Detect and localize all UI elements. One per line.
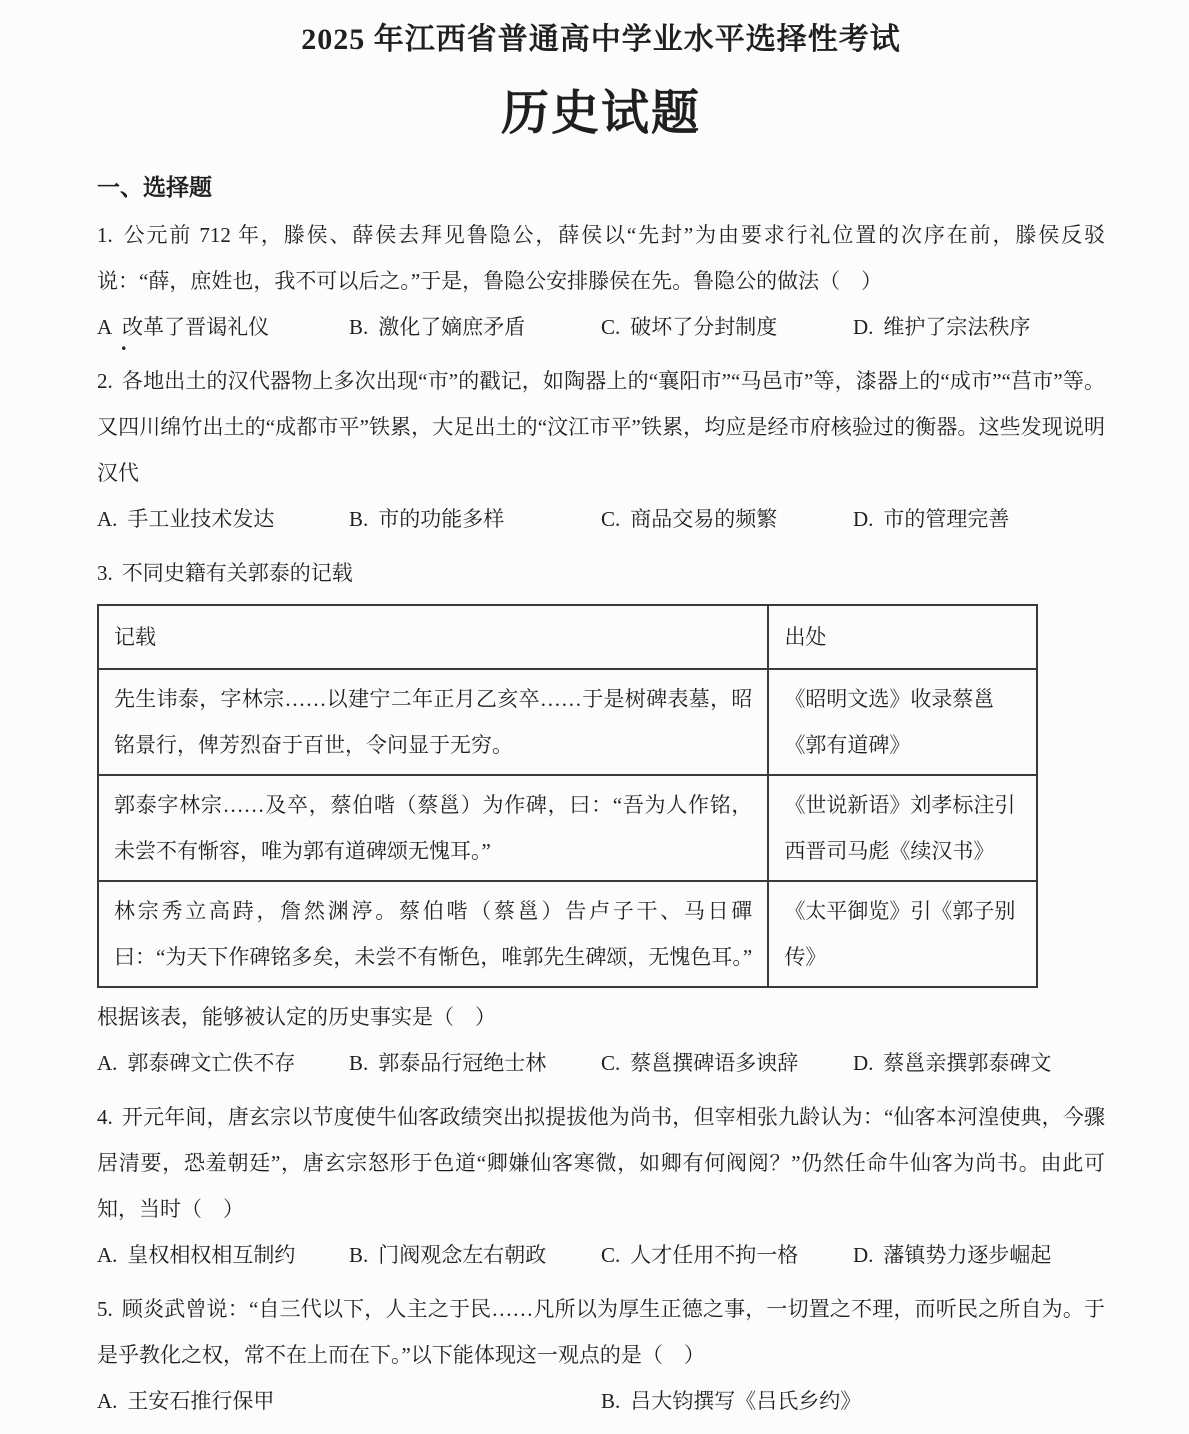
exam-page: 2025 年江西省普通高中学业水平选择性考试 历史试题 一、选择题 1.公元前 … — [0, 0, 1189, 1434]
option-label: C. — [601, 315, 620, 339]
option-text: 改革了晋谒礼仪 — [122, 315, 269, 339]
option-b: B.郭泰品行冠绝士林 — [349, 1040, 601, 1086]
option-text: 维护了宗法秩序 — [883, 315, 1030, 339]
question-text: 不同史籍有关郭泰的记载 — [122, 561, 353, 585]
option-text: 商品交易的频繁 — [630, 507, 777, 531]
option-label: D. — [853, 507, 873, 531]
option-text: 门阀观念左右朝政 — [378, 1243, 546, 1267]
option-text: 吕大钧撰写《吕氏乡约》 — [630, 1389, 861, 1413]
question-text: 各地出土的汉代器物上多次出现“市”的戳记，如陶器上的“襄阳市”“马邑市”等，漆器… — [97, 369, 1105, 485]
option-a: A.皇权相权相互制约 — [97, 1232, 349, 1278]
table-row: 郭泰字林宗……及卒，蔡伯喈（蔡邕）为作碑，曰：“吾为人作铭，未尝不有惭容，唯为郭… — [98, 775, 1037, 881]
option-label: A. — [97, 1389, 117, 1413]
option-c: C.破坏了分封制度 — [601, 304, 853, 350]
question-1-options: A改革了晋谒礼仪. B.激化了嫡庶矛盾 C.破坏了分封制度 D.维护了宗法秩序 — [97, 304, 1105, 350]
option-d: D.蔡邕亲撰郭泰碑文 — [853, 1040, 1105, 1086]
table-row: 先生讳泰，字林宗……以建宁二年正月乙亥卒……于是树碑表墓，昭铭景行，俾芳烈奋于百… — [98, 669, 1037, 775]
question-3-options: A.郭泰碑文亡佚不存 B.郭泰品行冠绝士林 C.蔡邕撰碑语多谀辞 D.蔡邕亲撰郭… — [97, 1040, 1105, 1086]
option-b: B.门阀观念左右朝政 — [349, 1232, 601, 1278]
option-label: B. — [601, 1389, 620, 1413]
record-cell: 郭泰字林宗……及卒，蔡伯喈（蔡邕）为作碑，曰：“吾为人作铭，未尝不有惭容，唯为郭… — [98, 775, 768, 881]
source-cell: 《太平御览》引《郭子别传》 — [768, 881, 1037, 987]
option-label: B. — [349, 507, 368, 531]
option-text: 人才任用不拘一格 — [630, 1243, 798, 1267]
question-5-options: A.王安石推行保甲 B.吕大钧撰写《吕氏乡约》 — [97, 1378, 1105, 1424]
option-a: A改革了晋谒礼仪. — [97, 304, 349, 350]
question-1-stem: 1.公元前 712 年，滕侯、薛侯去拜见鲁隐公，薛侯以“先封”为由要求行礼位置的… — [97, 212, 1105, 304]
question-number: 5. — [97, 1297, 113, 1321]
question-1: 1.公元前 712 年，滕侯、薛侯去拜见鲁隐公，薛侯以“先封”为由要求行礼位置的… — [97, 212, 1105, 350]
option-label: C. — [601, 507, 620, 531]
option-label: A. — [97, 1243, 117, 1267]
option-c: C.人才任用不拘一格 — [601, 1232, 853, 1278]
question-text: 开元年间，唐玄宗以节度使牛仙客政绩突出拟提拔他为尚书，但宰相张九龄认为：“仙客本… — [97, 1105, 1105, 1221]
option-text: 市的管理完善 — [883, 507, 1009, 531]
question-2: 2.各地出土的汉代器物上多次出现“市”的戳记，如陶器上的“襄阳市”“马邑市”等，… — [97, 358, 1105, 542]
records-table: 记载 出处 先生讳泰，字林宗……以建宁二年正月乙亥卒……于是树碑表墓，昭铭景行，… — [97, 604, 1038, 988]
option-a: A.王安石推行保甲 — [97, 1378, 601, 1424]
option-text: 藩镇势力逐步崛起 — [883, 1243, 1051, 1267]
question-4: 4.开元年间，唐玄宗以节度使牛仙客政绩突出拟提拔他为尚书，但宰相张九龄认为：“仙… — [97, 1094, 1105, 1278]
table-header-record: 记载 — [98, 605, 768, 669]
option-text: 蔡邕撰碑语多谀辞 — [630, 1051, 798, 1075]
table-header-source: 出处 — [768, 605, 1037, 669]
option-text: 手工业技术发达 — [127, 507, 274, 531]
question-4-options: A.皇权相权相互制约 B.门阀观念左右朝政 C.人才任用不拘一格 D.藩镇势力逐… — [97, 1232, 1105, 1278]
record-cell: 先生讳泰，字林宗……以建宁二年正月乙亥卒……于是树碑表墓，昭铭景行，俾芳烈奋于百… — [98, 669, 768, 775]
question-5-stem: 5.顾炎武曾说：“自三代以下，人主之于民……凡所以为厚生正德之事，一切置之不理，… — [97, 1286, 1105, 1378]
question-3-followup: 根据该表，能够被认定的历史事实是（ ） — [97, 994, 1105, 1040]
option-text: 蔡邕亲撰郭泰碑文 — [883, 1051, 1051, 1075]
doc-subtitle: 历史试题 — [97, 84, 1105, 144]
option-a: A.手工业技术发达 — [97, 496, 349, 542]
table-row: 林宗秀立高跱，詹然渊渟。蔡伯喈（蔡邕）告卢子干、马日磾曰：“为天下作碑铭多矣，未… — [98, 881, 1037, 987]
option-text: 郭泰碑文亡佚不存 — [127, 1051, 295, 1075]
question-3: 3.不同史籍有关郭泰的记载 记载 出处 先生讳泰，字林宗……以建宁二年正月乙亥卒… — [97, 550, 1105, 1086]
option-text: 郭泰品行冠绝士林 — [378, 1051, 546, 1075]
option-b: B.激化了嫡庶矛盾 — [349, 304, 601, 350]
option-d: D.市的管理完善 — [853, 496, 1105, 542]
option-label: D. — [853, 1051, 873, 1075]
section-heading: 一、选择题 — [97, 172, 1105, 204]
question-number: 3. — [97, 561, 113, 585]
question-4-stem: 4.开元年间，唐玄宗以节度使牛仙客政绩突出拟提拔他为尚书，但宰相张九龄认为：“仙… — [97, 1094, 1105, 1232]
question-number: 1. — [97, 223, 113, 247]
option-text: 破坏了分封制度 — [630, 315, 777, 339]
question-number: 4. — [97, 1105, 113, 1129]
option-b: B.市的功能多样 — [349, 496, 601, 542]
source-cell: 《世说新语》刘孝标注引西晋司马彪《续汉书》 — [768, 775, 1037, 881]
option-d: D.藩镇势力逐步崛起 — [853, 1232, 1105, 1278]
option-label: C. — [601, 1243, 620, 1267]
option-c: C.商品交易的频繁 — [601, 496, 853, 542]
question-2-options: A.手工业技术发达 B.市的功能多样 C.商品交易的频繁 D.市的管理完善 — [97, 496, 1105, 542]
question-number: 2. — [97, 369, 113, 393]
option-label: D. — [853, 1243, 873, 1267]
option-b: B.吕大钧撰写《吕氏乡约》 — [601, 1378, 1105, 1424]
question-2-stem: 2.各地出土的汉代器物上多次出现“市”的戳记，如陶器上的“襄阳市”“马邑市”等，… — [97, 358, 1105, 496]
option-label: B. — [349, 1243, 368, 1267]
source-cell: 《昭明文选》收录蔡邕《郭有道碑》 — [768, 669, 1037, 775]
stray-dot-artifact: . — [121, 338, 127, 348]
option-a: A.郭泰碑文亡佚不存 — [97, 1040, 349, 1086]
question-text: 公元前 712 年，滕侯、薛侯去拜见鲁隐公，薛侯以“先封”为由要求行礼位置的次序… — [97, 223, 1105, 293]
option-text: 激化了嫡庶矛盾 — [378, 315, 525, 339]
option-label: B. — [349, 1051, 368, 1075]
option-text: 皇权相权相互制约 — [127, 1243, 295, 1267]
table-header-row: 记载 出处 — [98, 605, 1037, 669]
option-label: A. — [97, 507, 117, 531]
option-label: A. — [97, 1051, 117, 1075]
option-label: D. — [853, 315, 873, 339]
option-c: C.蔡邕撰碑语多谀辞 — [601, 1040, 853, 1086]
option-label: B. — [349, 315, 368, 339]
question-3-stem: 3.不同史籍有关郭泰的记载 — [97, 550, 1105, 596]
option-text: 王安石推行保甲 — [127, 1389, 274, 1413]
question-5: 5.顾炎武曾说：“自三代以下，人主之于民……凡所以为厚生正德之事，一切置之不理，… — [97, 1286, 1105, 1424]
option-text: 市的功能多样 — [378, 507, 504, 531]
option-label: C. — [601, 1051, 620, 1075]
record-cell: 林宗秀立高跱，詹然渊渟。蔡伯喈（蔡邕）告卢子干、马日磾曰：“为天下作碑铭多矣，未… — [98, 881, 768, 987]
option-d: D.维护了宗法秩序 — [853, 304, 1105, 350]
question-text: 顾炎武曾说：“自三代以下，人主之于民……凡所以为厚生正德之事，一切置之不理，而听… — [97, 1297, 1105, 1367]
doc-title: 2025 年江西省普通高中学业水平选择性考试 — [97, 20, 1105, 60]
option-label: A — [97, 315, 112, 339]
